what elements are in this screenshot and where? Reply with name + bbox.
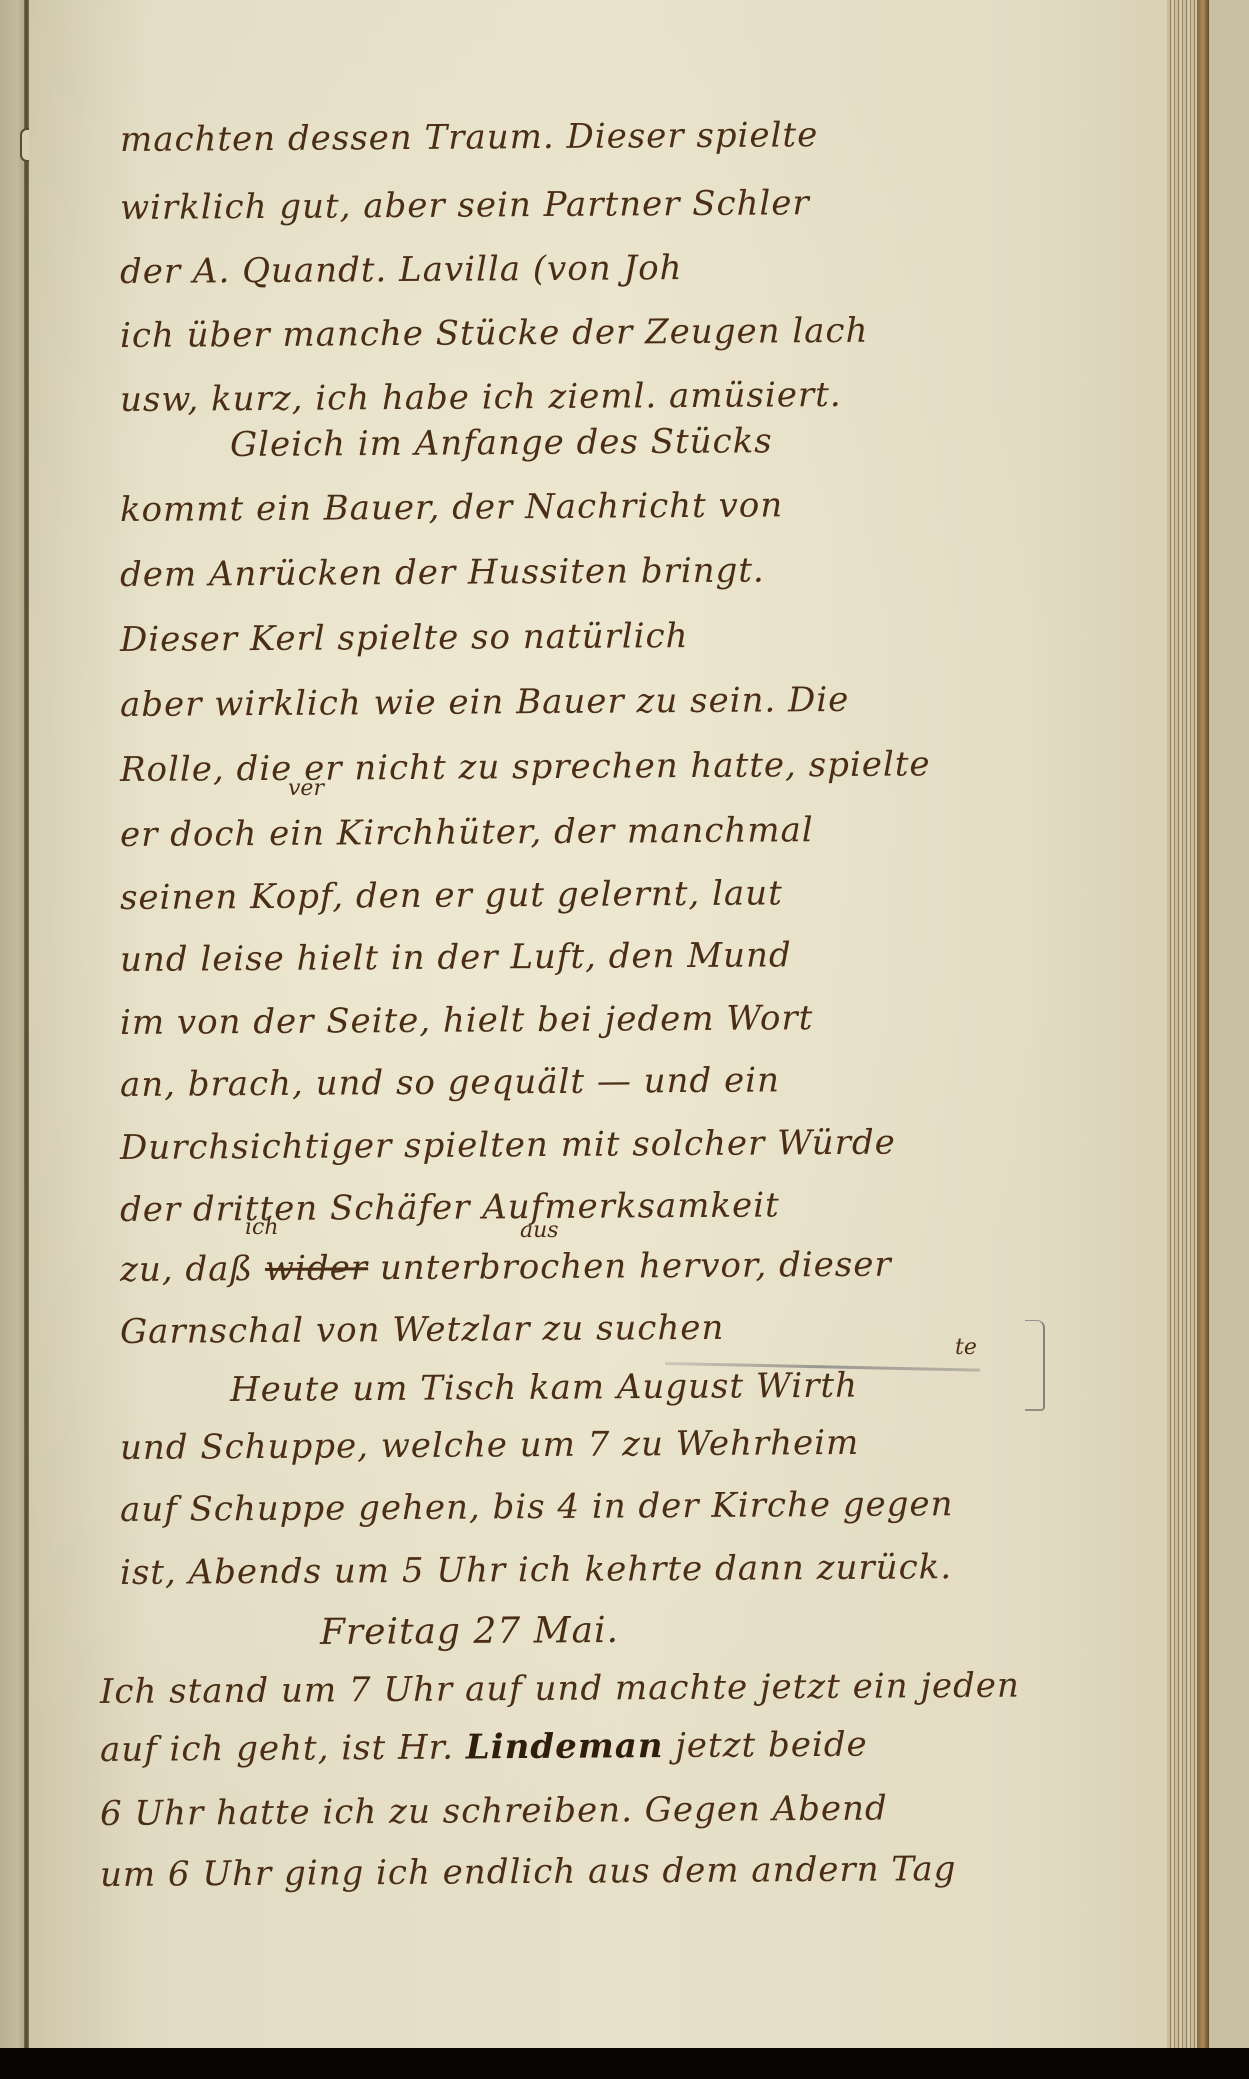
manuscript-line: um 6 Uhr ging ich endlich aus dem andern… [100,1849,957,1895]
pencil-margin-bracket [1025,1320,1045,1411]
manuscript-line: Ich stand um 7 Uhr auf und machte jetzt … [100,1666,1020,1712]
manuscript-line: auf ich geht, ist Hr. Lindeman jetzt bei… [100,1725,868,1770]
manuscript-line: im von der Seite, hielt bei jedem Wort [120,998,814,1043]
manuscript-line: usw, kurz, ich habe ich zieml. amüsiert. [120,375,842,420]
manuscript-line: Freitag 27 Mai. [320,1610,619,1653]
manuscript-line: Dieser Kerl spielte so natürlich [120,616,689,660]
manuscript-line: und leise hielt in der Luft, den Mund [120,935,792,980]
manuscript-line: auf Schuppe gehen, bis 4 in der Kirche g… [120,1484,954,1530]
manuscript-line: der dritten Schäfer Aufmerksamkeit [120,1185,780,1230]
manuscript-line: wirklich gut, aber sein Partner Schler [120,183,810,228]
manuscript-line: ist, Abends um 5 Uhr ich kehrte dann zur… [120,1547,952,1593]
manuscript-line: er doch ein Kirchhüter, der manchmal [120,810,814,855]
name-lindeman: Lindeman [466,1726,664,1767]
manuscript-line: machten dessen Traum. Dieser spielte [120,115,819,160]
manuscript-line: ich über manche Stücke der Zeugen lach [120,311,869,356]
manuscript-line: seinen Kopf, den er gut gelernt, laut [120,873,783,918]
scan-bottom-shadow [0,2048,1249,2079]
manuscript-line: der A. Quandt. Lavilla (von Joh [120,248,683,292]
interlinear-insertion: te [955,1335,977,1360]
manuscript-line: Durchsichtiger spielten mit solcher Würd… [120,1123,896,1168]
manuscript-line: Heute um Tisch kam August Wirth [230,1366,858,1410]
page-stack-edges [1167,0,1209,2050]
manuscript-line: Rolle, die er nicht zu sprechen hatte, s… [120,744,931,790]
book-scan: machten dessen Traum. Dieser spieltewirk… [0,0,1249,2050]
struck-word: wider [265,1248,368,1289]
manuscript-line: kommt ein Bauer, der Nachricht von [120,485,783,530]
manuscript-line: Garnschal von Wetzlar zu suchen [120,1308,725,1352]
manuscript-line: und Schuppe, welche um 7 zu Wehrheim [120,1423,860,1468]
manuscript-line: zu, daß wider unterbrochen hervor, diese… [120,1245,892,1290]
interlinear-insertion: ver [288,776,324,801]
manuscript-line: dem Anrücken der Hussiten bringt. [120,550,765,595]
manuscript-line: aber wirklich wie ein Bauer zu sein. Die [120,680,850,725]
manuscript-line: 6 Uhr hatte ich zu schreiben. Gegen Aben… [100,1789,888,1834]
interlinear-insertion: aus [520,1218,559,1243]
manuscript-line: Gleich im Anfange des Stücks [230,421,773,465]
interlinear-insertion: ich [245,1215,279,1240]
manuscript-line: an, brach, und so gequält — und ein [120,1060,780,1105]
